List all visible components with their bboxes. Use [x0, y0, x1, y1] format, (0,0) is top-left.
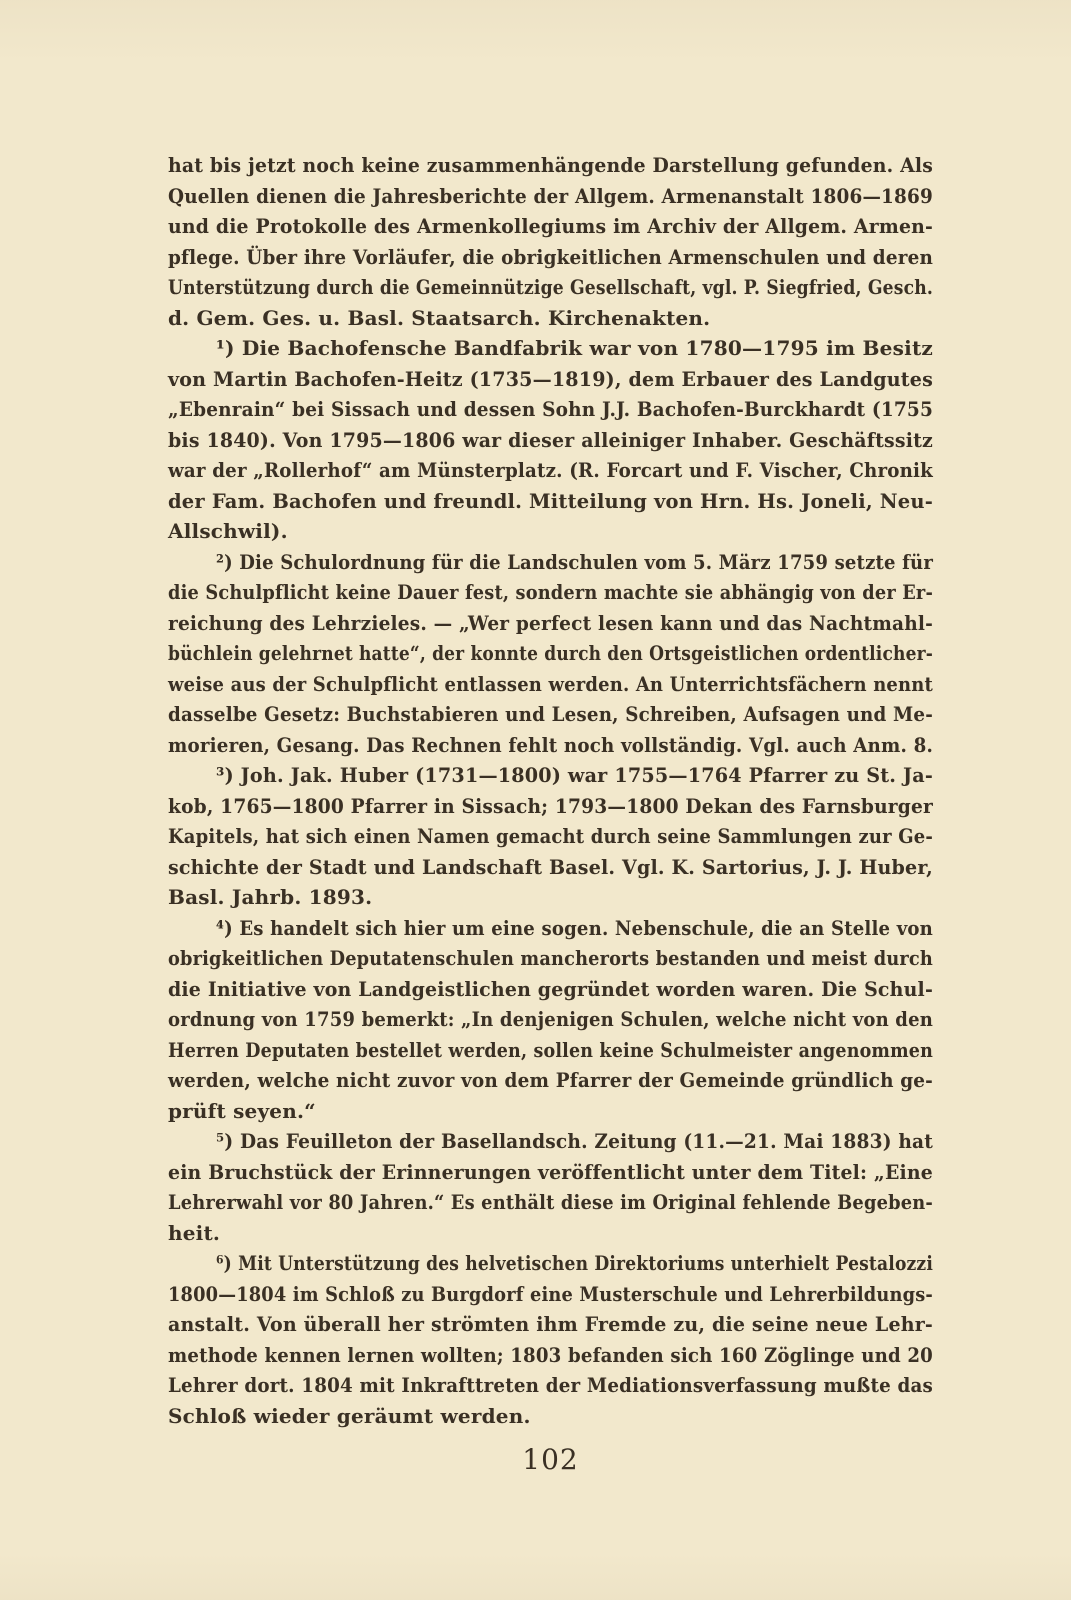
text-line: und die Protokolle des Armenkollegiums i… — [168, 211, 933, 242]
text-line: ¹) Die Bachofensche Bandfabrik war von 1… — [168, 333, 933, 364]
text-line: Quellen dienen die Jahresberichte der Al… — [168, 181, 933, 212]
text-line-content: bis 1840). Von 1795—1806 war dieser alle… — [168, 425, 933, 456]
text-line: Lehrerwahl vor 80 Jahren.“ Es enthält di… — [168, 1187, 933, 1218]
text-line: Unterstützung durch die Gemeinnützige Ge… — [168, 272, 933, 303]
text-line: prüft seyen.“ — [168, 1096, 933, 1127]
text-line: ³) Joh. Jak. Huber (1731—1800) war 1755—… — [168, 760, 933, 791]
text-line-content: ²) Die Schulordnung für die Landschulen … — [216, 547, 933, 578]
text-line: d. Gem. Ges. u. Basl. Staatsarch. Kirche… — [168, 303, 933, 334]
text-line-content: Lehrer dort. 1804 mit Inkrafttreten der … — [168, 1370, 933, 1401]
text-line: ⁴) Es handelt sich hier um eine sogen. N… — [168, 913, 933, 944]
text-line-content: 1800—1804 im Schloß zu Burgdorf eine Mus… — [168, 1279, 933, 1310]
text-line-content: werden, welche nicht zuvor von dem Pfarr… — [168, 1065, 933, 1096]
text-line: anstalt. Von überall her strömten ihm Fr… — [168, 1309, 933, 1340]
text-line: Lehrer dort. 1804 mit Inkrafttreten der … — [168, 1370, 933, 1401]
text-line-content: morieren, Gesang. Das Rechnen fehlt noch… — [168, 730, 933, 761]
text-line-content: büchlein gelehrnet hatte“, der konnte du… — [168, 638, 933, 669]
text-line: reichung des Lehrzieles. — „Wer perfect … — [168, 608, 933, 639]
text-line-content: reichung des Lehrzieles. — „Wer perfect … — [168, 608, 933, 639]
text-line-content: ⁶) Mit Unterstützung des helvetischen Di… — [216, 1248, 933, 1279]
body-continuation: hat bis jetzt noch keine zusammenhängend… — [168, 150, 933, 333]
text-line-content: war der „Rollerhof“ am Münsterplatz. (R.… — [168, 455, 933, 486]
text-line-content: Herren Deputaten bestellet werden, solle… — [168, 1035, 933, 1066]
text-line: 1800—1804 im Schloß zu Burgdorf eine Mus… — [168, 1279, 933, 1310]
text-line: morieren, Gesang. Das Rechnen fehlt noch… — [168, 730, 933, 761]
text-line: der Fam. Bachofen und freundl. Mitteilun… — [168, 486, 933, 517]
text-line-content: weise aus der Schulpflicht entlassen wer… — [168, 669, 933, 700]
text-line-content: obrigkeitlichen Deputatenschulen mancher… — [168, 943, 933, 974]
text-line-content: heit. — [168, 1218, 220, 1249]
scanned-book-page: hat bis jetzt noch keine zusammenhängend… — [0, 0, 1071, 1600]
text-line: „Ebenrain“ bei Sissach und dessen Sohn J… — [168, 394, 933, 425]
text-line: die Schulpflicht keine Dauer fest, sonde… — [168, 577, 933, 608]
text-line: die Initiative von Landgeistlichen gegrü… — [168, 974, 933, 1005]
text-line-content: und die Protokolle des Armenkollegiums i… — [168, 211, 933, 242]
text-line: heit. — [168, 1218, 933, 1249]
text-line: ein Bruchstück der Erinnerungen veröffen… — [168, 1157, 933, 1188]
text-line: ordnung von 1759 bemerkt: „In denjenigen… — [168, 1004, 933, 1035]
footnote-5: ⁵) Das Feuilleton der Basellandsch. Zeit… — [168, 1126, 933, 1248]
text-line: Schloß wieder geräumt werden. — [168, 1401, 933, 1432]
footnote-1: ¹) Die Bachofensche Bandfabrik war von 1… — [168, 333, 933, 547]
text-line: schichte der Stadt und Landschaft Basel.… — [168, 852, 933, 883]
text-line: obrigkeitlichen Deputatenschulen mancher… — [168, 943, 933, 974]
text-line-content: methode kennen lernen wollten; 1803 befa… — [168, 1340, 933, 1371]
text-line-content: Unterstützung durch die Gemeinnützige Ge… — [168, 272, 933, 303]
footnote-6: ⁶) Mit Unterstützung des helvetischen Di… — [168, 1248, 933, 1431]
text-line: von Martin Bachofen-Heitz (1735—1819), d… — [168, 364, 933, 395]
text-line-content: Allschwil). — [168, 516, 288, 547]
text-line-content: hat bis jetzt noch keine zusammenhängend… — [168, 150, 933, 181]
text-line: kob, 1765—1800 Pfarrer in Sissach; 1793—… — [168, 791, 933, 822]
text-line-content: ein Bruchstück der Erinnerungen veröffen… — [168, 1157, 933, 1188]
text-line: büchlein gelehrnet hatte“, der konnte du… — [168, 638, 933, 669]
text-line-content: ¹) Die Bachofensche Bandfabrik war von 1… — [216, 333, 933, 364]
text-line: dasselbe Gesetz: Buchstabieren und Lesen… — [168, 699, 933, 730]
text-line: ⁶) Mit Unterstützung des helvetischen Di… — [168, 1248, 933, 1279]
text-block: hat bis jetzt noch keine zusammenhängend… — [168, 150, 933, 1431]
text-line: werden, welche nicht zuvor von dem Pfarr… — [168, 1065, 933, 1096]
footnote-3: ³) Joh. Jak. Huber (1731—1800) war 1755—… — [168, 760, 933, 913]
text-line-content: Lehrerwahl vor 80 Jahren.“ Es enthält di… — [168, 1187, 933, 1218]
text-line: war der „Rollerhof“ am Münsterplatz. (R.… — [168, 455, 933, 486]
text-line: hat bis jetzt noch keine zusammenhängend… — [168, 150, 933, 181]
footnote-2: ²) Die Schulordnung für die Landschulen … — [168, 547, 933, 761]
text-line-content: die Initiative von Landgeistlichen gegrü… — [168, 974, 933, 1005]
text-line: ²) Die Schulordnung für die Landschulen … — [168, 547, 933, 578]
text-line-content: ⁵) Das Feuilleton der Basellandsch. Zeit… — [216, 1126, 933, 1157]
text-line-content: ordnung von 1759 bemerkt: „In denjenigen… — [168, 1004, 933, 1035]
text-line-content: prüft seyen.“ — [168, 1096, 316, 1127]
text-line: ⁵) Das Feuilleton der Basellandsch. Zeit… — [168, 1126, 933, 1157]
text-line-content: Basl. Jahrb. 1893. — [168, 882, 372, 913]
text-line-content: Schloß wieder geräumt werden. — [168, 1401, 531, 1432]
text-line-content: von Martin Bachofen-Heitz (1735—1819), d… — [168, 364, 933, 395]
text-line-content: ³) Joh. Jak. Huber (1731—1800) war 1755—… — [216, 760, 933, 791]
text-line: weise aus der Schulpflicht entlassen wer… — [168, 669, 933, 700]
text-line-content: die Schulpflicht keine Dauer fest, sonde… — [168, 577, 933, 608]
text-line-content: der Fam. Bachofen und freundl. Mitteilun… — [168, 486, 933, 517]
text-line-content: anstalt. Von überall her strömten ihm Fr… — [168, 1309, 933, 1340]
text-line-content: d. Gem. Ges. u. Basl. Staatsarch. Kirche… — [168, 303, 710, 334]
text-line-content: Kapitels, hat sich einen Namen gemacht d… — [168, 821, 933, 852]
text-line-content: pflege. Über ihre Vorläufer, die obrigke… — [168, 242, 933, 273]
text-line-content: Quellen dienen die Jahresberichte der Al… — [168, 181, 933, 212]
text-line: Kapitels, hat sich einen Namen gemacht d… — [168, 821, 933, 852]
footnote-4: ⁴) Es handelt sich hier um eine sogen. N… — [168, 913, 933, 1127]
text-line: methode kennen lernen wollten; 1803 befa… — [168, 1340, 933, 1371]
page-number: 102 — [168, 1443, 933, 1476]
text-line: Allschwil). — [168, 516, 933, 547]
text-line-content: ⁴) Es handelt sich hier um eine sogen. N… — [216, 913, 933, 944]
text-line-content: „Ebenrain“ bei Sissach und dessen Sohn J… — [168, 394, 933, 425]
text-line: Herren Deputaten bestellet werden, solle… — [168, 1035, 933, 1066]
text-line-content: schichte der Stadt und Landschaft Basel.… — [168, 852, 933, 883]
text-line: bis 1840). Von 1795—1806 war dieser alle… — [168, 425, 933, 456]
text-line-content: dasselbe Gesetz: Buchstabieren und Lesen… — [168, 699, 933, 730]
text-line: pflege. Über ihre Vorläufer, die obrigke… — [168, 242, 933, 273]
text-line: Basl. Jahrb. 1893. — [168, 882, 933, 913]
text-line-content: kob, 1765—1800 Pfarrer in Sissach; 1793—… — [168, 791, 933, 822]
